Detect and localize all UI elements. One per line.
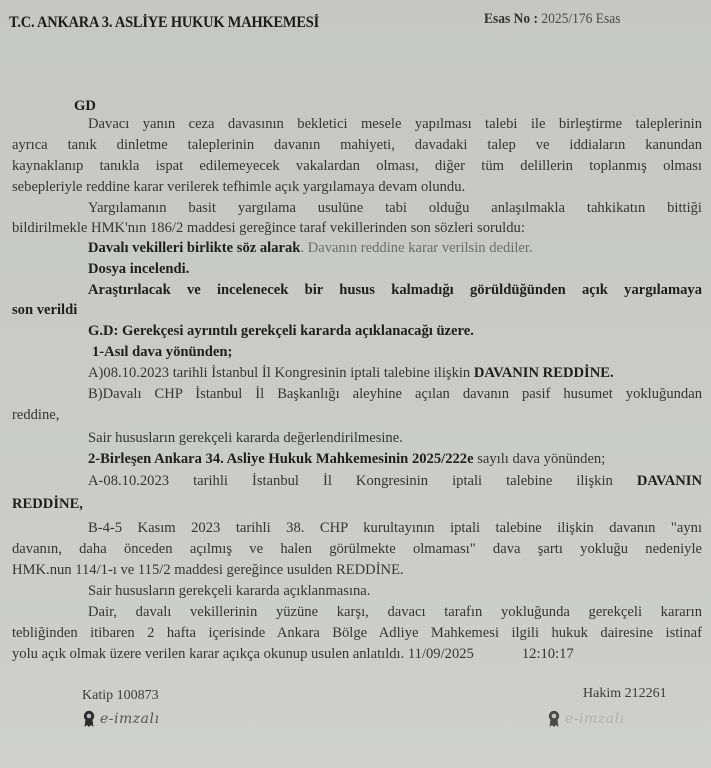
section2-item-a: A-08.10.2023 tarihli İstanbul İl Kongres… [88, 472, 702, 490]
case-number: Esas No : 2025/176 Esas [484, 11, 621, 28]
court-document-page: T.C. ANKARA 3. ASLİYE HUKUK MAHKEMESİ Es… [0, 0, 711, 768]
paragraph-line: HMK.nun 114/1-ı ve 115/2 maddesi gereğin… [12, 561, 702, 579]
section1-item-a-text: A)08.10.2023 tarihli İstanbul İl Kongres… [88, 365, 474, 381]
section2-title: 2-Birleşen Ankara 34. Asliye Hukuk Mahke… [88, 450, 702, 468]
clerk-e-signature: e-imzalı [82, 710, 159, 728]
section1-title: 1-Asıl dava yönünden; [92, 343, 711, 361]
judge-e-signature: e-imzalı [547, 710, 624, 728]
paragraph-line: B)Davalı CHP İstanbul İl Başkanlığı aley… [88, 385, 702, 403]
e-signature-text: e-imzalı [100, 711, 159, 727]
section2-item-a-verdict: DAVANIN [637, 473, 702, 489]
paragraph-line: reddine, [12, 406, 702, 424]
section2-title-rest: sayılı dava yönünden; [474, 451, 606, 467]
parties-statement-rest: . Davanın reddine karar verilsin dediler… [300, 240, 532, 256]
paragraph-line: Dair, davalı vekillerinin yüzüne karşı, … [88, 603, 702, 621]
file-examined: Dosya incelendi. [88, 260, 702, 278]
paragraph-line: Yargılamanın basit yargılama usulüne tab… [88, 199, 702, 217]
section1-other-matters: Sair hususların gerekçeli kararda değerl… [88, 429, 702, 447]
certificate-seal-icon [82, 710, 96, 728]
paragraph-line: ayrıca tanık dinletme taleplerinin davan… [12, 136, 702, 154]
paragraph-line: tebliğinden itibaren 2 hafta içerisinde … [12, 624, 702, 642]
section2-title-bold: 2-Birleşen Ankara 34. Asliye Hukuk Mahke… [88, 451, 474, 467]
paragraph-line: Davacı yanın ceza davasının bekletici me… [88, 115, 702, 133]
paragraph-line: kaynaklanıp tanıkla ispat edilemeyecek v… [12, 157, 702, 175]
paragraph-line: bildirilmekle HMK'nın 186/2 maddesi gere… [12, 219, 702, 237]
court-title: T.C. ANKARA 3. ASLİYE HUKUK MAHKEMESİ [9, 14, 319, 32]
case-number-label: Esas No : [484, 11, 538, 27]
announcement-time: 12:10:17 [522, 646, 574, 662]
section2-item-a-verdict-cont: REDDİNE, [12, 495, 702, 513]
section2-other-matters: Sair hususların gerekçeli kararda açıkla… [88, 582, 702, 600]
parties-statement: Davalı vekilleri birlikte söz alarak. Da… [88, 239, 702, 257]
paragraph-line: Araştırılacak ve incelenecek bir husus k… [88, 281, 702, 299]
clerk-signature-label: Katip 100873 [82, 688, 159, 704]
section2-item-a-text: A-08.10.2023 tarihli İstanbul İl Kongres… [88, 473, 637, 489]
paragraph-line: yolu açık olmak üzere verilen karar açık… [12, 645, 702, 663]
section1-item-a: A)08.10.2023 tarihli İstanbul İl Kongres… [88, 364, 702, 382]
gd-heading: GD [74, 97, 711, 115]
certificate-seal-icon [547, 710, 561, 728]
paragraph-line: son verildi [12, 301, 702, 319]
case-number-value: 2025/176 Esas [541, 11, 620, 27]
section1-item-a-verdict: DAVANIN REDDİNE. [474, 365, 614, 381]
gd-justification: G.D: Gerekçesi ayrıntılı gerekçeli karar… [88, 322, 702, 340]
paragraph-line: davanın, daha önceden açılmış ve halen g… [12, 540, 702, 558]
judge-signature-label: Hakim 212261 [583, 686, 667, 702]
e-signature-text: e-imzalı [565, 711, 624, 727]
paragraph-line: B-4-5 Kasım 2023 tarihli 38. CHP kurulta… [88, 519, 702, 537]
paragraph-line: sebepleriyle reddine karar verilerek tef… [12, 178, 702, 196]
parties-statement-bold: Davalı vekilleri birlikte söz alarak [88, 240, 300, 256]
announcement-date-line: yolu açık olmak üzere verilen karar açık… [12, 646, 474, 662]
